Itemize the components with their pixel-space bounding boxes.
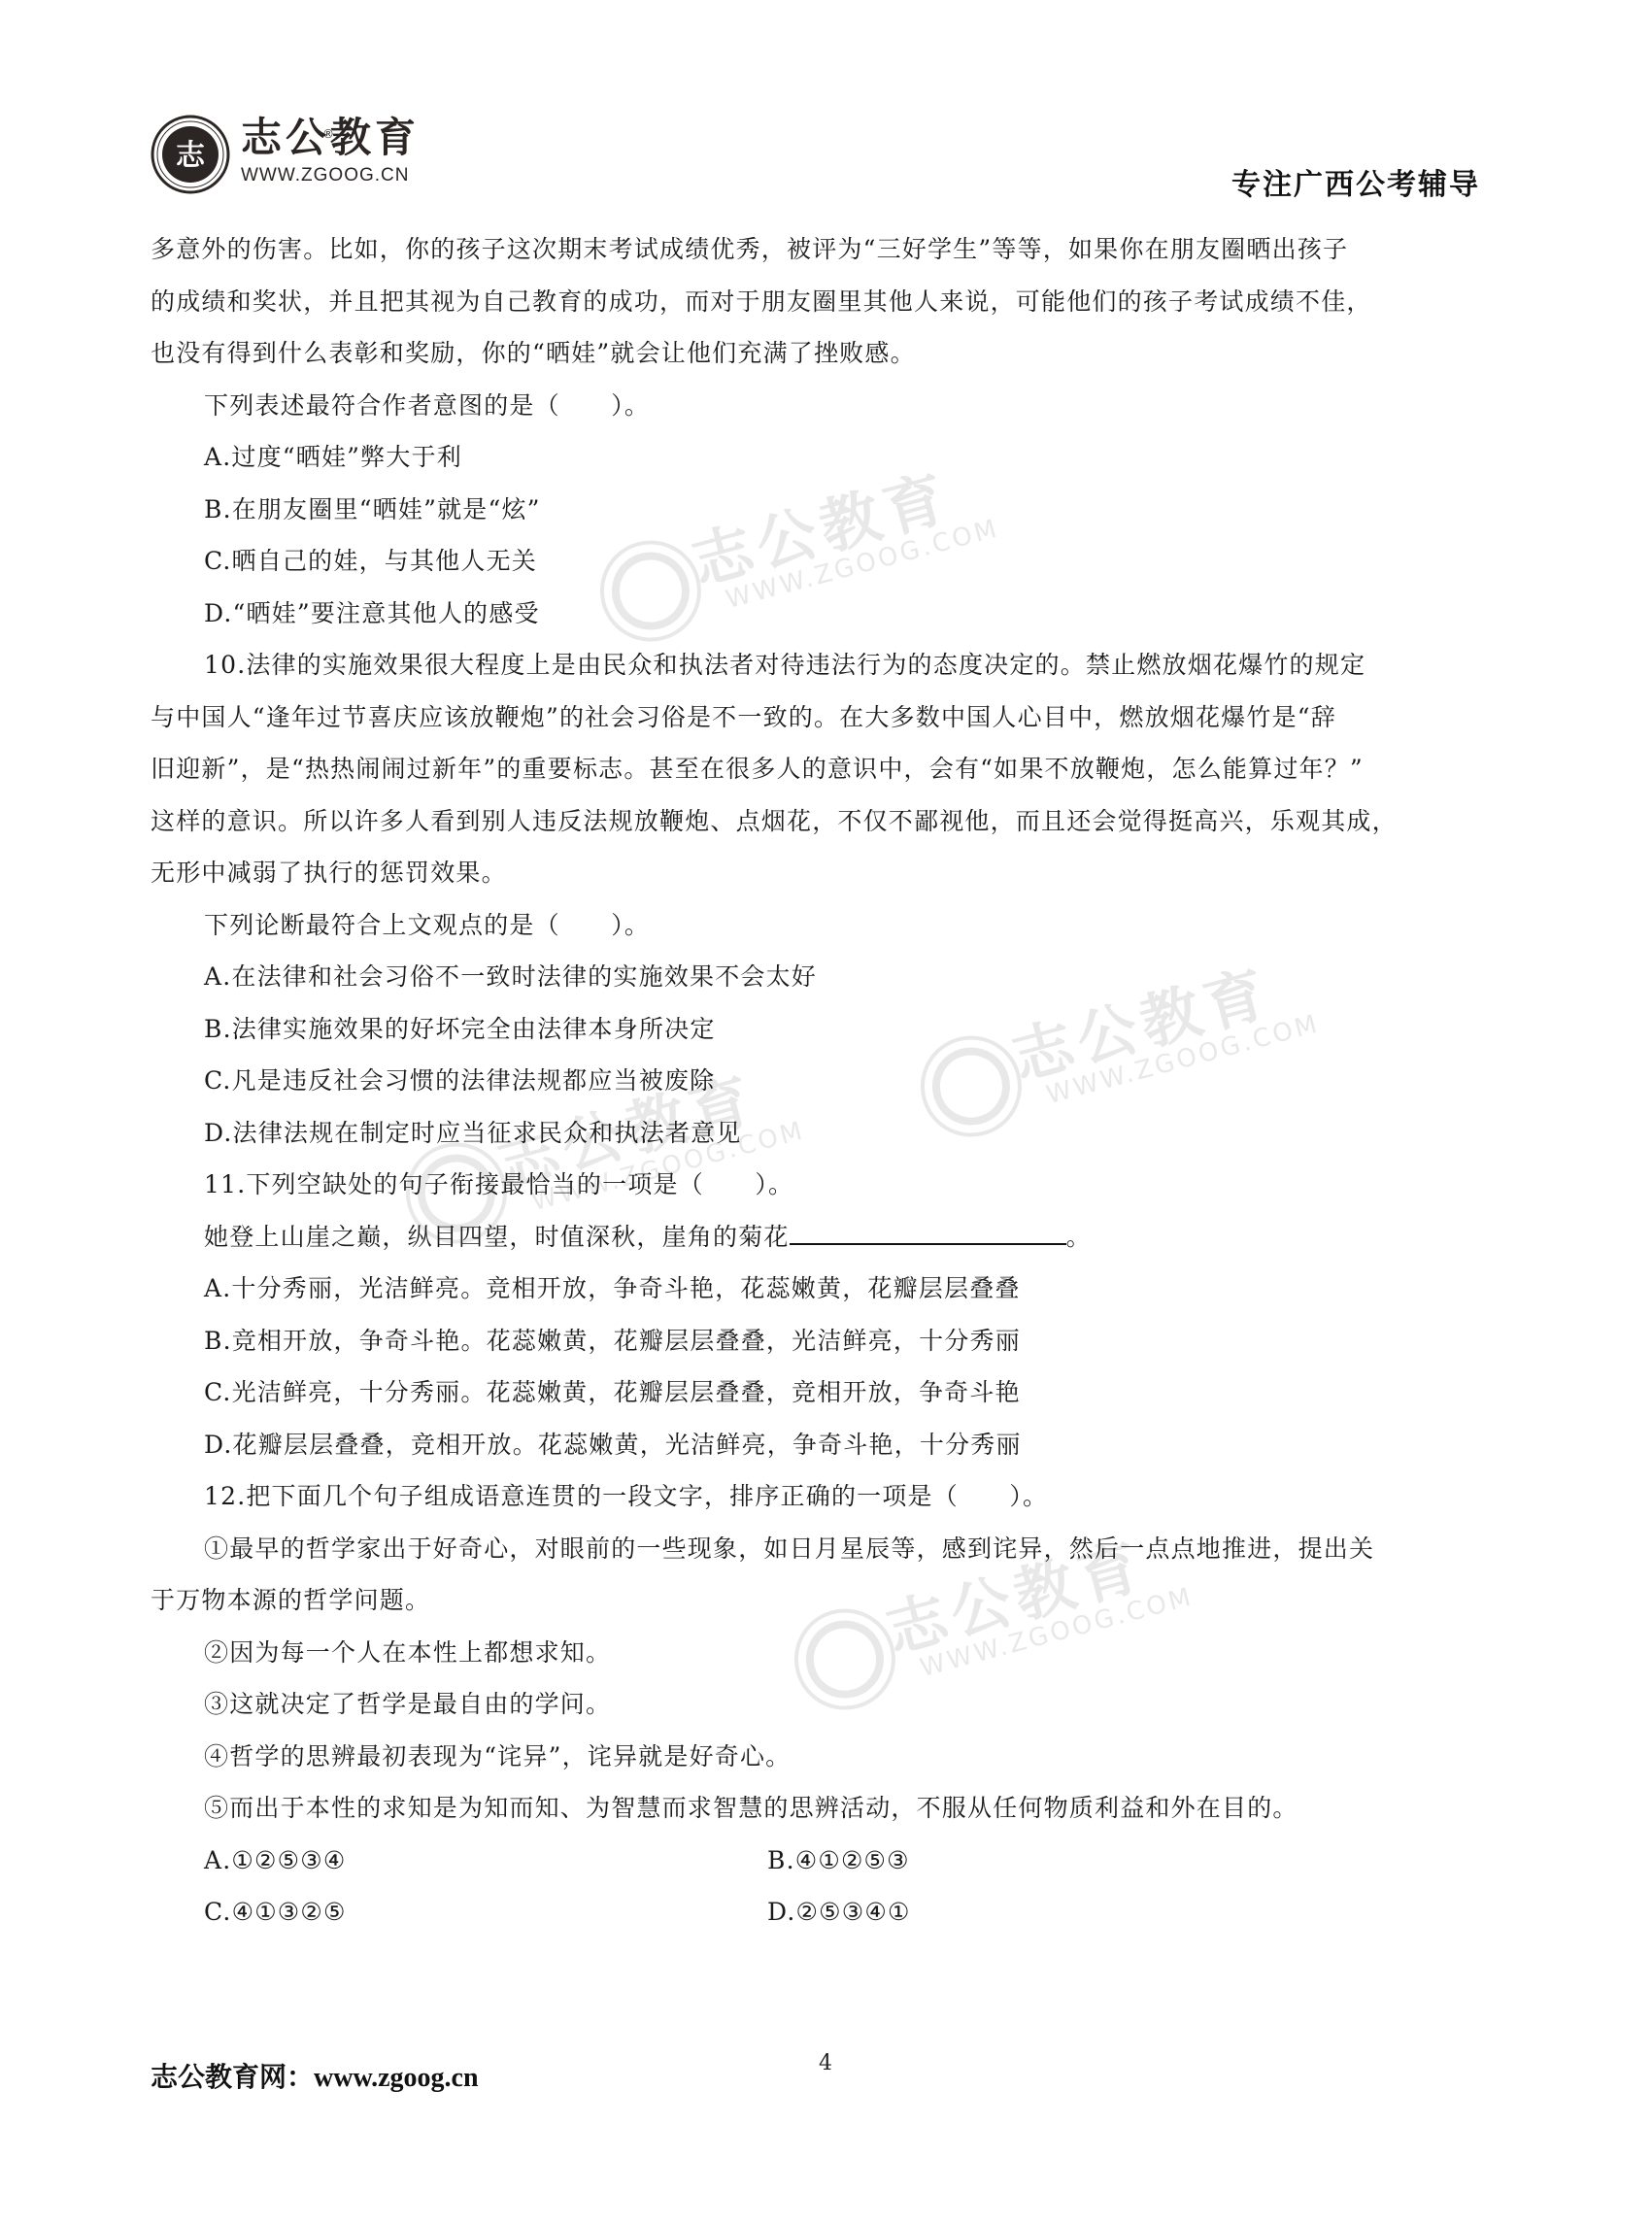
q12-sentence-4: ④哲学的思辨最初表现为“诧异”，诧异就是好奇心。: [151, 1731, 1505, 1783]
q12-options-row-1: A.①②⑤③④ B.④①②⑤③: [151, 1835, 1505, 1887]
q12-options-row-2: C.④①③②⑤ D.②⑤③④①: [151, 1886, 1505, 1938]
q11-option-b: B.竞相开放，争奇斗艳。花蕊嫩黄，花瓣层层叠叠，光洁鲜亮，十分秀丽: [151, 1315, 1505, 1367]
q12-sentence-1-cont: 于万物本源的哲学问题。: [151, 1574, 1505, 1627]
page-content: 多意外的伤害。比如，你的孩子这次期末考试成绩优秀，被评为“三好学生”等等，如果你…: [151, 223, 1505, 1938]
q9-option-b: B.在朋友圈里“晒娃”就是“炫”: [151, 484, 1505, 536]
q10-passage-line: 无形中减弱了执行的惩罚效果。: [151, 847, 1505, 899]
q9-prompt: 下列表述最符合作者意图的是（ ）。: [151, 380, 1505, 432]
footer-site-url[interactable]: www.zgoog.cn: [314, 2063, 479, 2093]
q10-passage-line: 这样的意识。所以许多人看到别人违反法规放鞭炮、点烟花，不仅不鄙视他，而且还会觉得…: [151, 795, 1505, 848]
q11-option-a: A.十分秀丽，光洁鲜亮。竞相开放，争奇斗艳，花蕊嫩黄，花瓣层层叠叠: [151, 1263, 1505, 1315]
q12-option-b: B.④①②⑤③: [767, 1835, 1331, 1887]
brand-name: 志公教育 ®: [241, 115, 420, 161]
passage-line: 也没有得到什么表彰和奖励，你的“晒娃”就会让他们充满了挫败感。: [151, 327, 1505, 380]
footer-site-label: 志公教育网：: [151, 2061, 314, 2093]
q12-option-c: C.④①③②⑤: [204, 1886, 767, 1938]
q12-sentence-3: ③这就决定了哲学是最自由的学问。: [151, 1678, 1505, 1731]
q11-sentence-before: 她登上山崖之巅，纵目四望，时值深秋，崖角的菊花: [204, 1223, 790, 1251]
q11-option-d: D.花瓣层层叠叠，竞相开放。花蕊嫩黄，光洁鲜亮，争奇斗艳，十分秀丽: [151, 1419, 1505, 1471]
page-number: 4: [819, 2051, 832, 2075]
passage-line: 多意外的伤害。比如，你的孩子这次期末考试成绩优秀，被评为“三好学生”等等，如果你…: [151, 223, 1505, 276]
q10-option-b: B.法律实施效果的好坏完全由法律本身所决定: [151, 1003, 1505, 1056]
brand-block: 志公教育 ® WWW.ZGOOG.CN: [241, 115, 420, 186]
q10-option-a: A.在法律和社会习俗不一致时法律的实施效果不会太好: [151, 951, 1505, 1003]
q11-sentence: 她登上山崖之巅，纵目四望，时值深秋，崖角的菊花。: [151, 1211, 1505, 1264]
q10-passage-line: 10.法律的实施效果很大程度上是由民众和执法者对待违法行为的态度决定的。禁止燃放…: [151, 639, 1505, 691]
q12-sentence-1: ①最早的哲学家出于好奇心，对眼前的一些现象，如日月星辰等，感到诧异，然后一点点地…: [151, 1523, 1505, 1575]
q9-option-a: A.过度“晒娃”弊大于利: [151, 431, 1505, 484]
q12-option-d: D.②⑤③④①: [767, 1886, 1331, 1938]
page-header: 志 志公教育 ® WWW.ZGOOG.CN 专注广西公考辅导: [0, 0, 1652, 214]
footer-site: 志公教育网：www.zgoog.cn: [151, 2056, 479, 2095]
header-tagline: 专注广西公考辅导: [1231, 160, 1480, 203]
q9-option-d: D.“晒娃”要注意其他人的感受: [151, 588, 1505, 640]
q9-option-c: C.晒自己的娃，与其他人无关: [151, 535, 1505, 588]
q12-prompt: 12.把下面几个句子组成语意连贯的一段文字，排序正确的一项是（ ）。: [151, 1470, 1505, 1523]
q11-prompt: 11.下列空缺处的句子衔接最恰当的一项是（ ）。: [151, 1159, 1505, 1211]
q12-sentence-2: ②因为每一个人在本性上都想求知。: [151, 1627, 1505, 1679]
q10-option-d: D.法律法规在制定时应当征求民众和执法者意见: [151, 1107, 1505, 1160]
q12-sentence-5: ⑤而出于本性的求知是为知而知、为智慧而求智慧的思辨活动，不服从任何物质利益和外在…: [151, 1782, 1505, 1835]
registered-mark: ®: [322, 111, 338, 157]
q11-sentence-after: 。: [1066, 1223, 1092, 1251]
q10-prompt: 下列论断最符合上文观点的是（ ）。: [151, 899, 1505, 952]
q10-passage-line: 旧迎新”，是“热热闹闹过新年”的重要标志。甚至在很多人的意识中，会有“如果不放鞭…: [151, 743, 1505, 795]
logo-seal-icon: 志: [151, 115, 230, 194]
q10-option-c: C.凡是违反社会习惯的法律法规都应当被废除: [151, 1055, 1505, 1107]
svg-text:志: 志: [176, 139, 206, 173]
brand-url: WWW.ZGOOG.CN: [241, 165, 420, 186]
fill-in-blank: [790, 1222, 1066, 1245]
q10-passage-line: 与中国人“逢年过节喜庆应该放鞭炮”的社会习俗是不一致的。在大多数中国人心目中，燃…: [151, 691, 1505, 744]
passage-line: 的成绩和奖状，并且把其视为自己教育的成功，而对于朋友圈里其他人来说，可能他们的孩…: [151, 276, 1505, 328]
q11-option-c: C.光洁鲜亮，十分秀丽。花蕊嫩黄，花瓣层层叠叠，竞相开放，争奇斗艳: [151, 1366, 1505, 1419]
q12-option-a: A.①②⑤③④: [204, 1835, 767, 1887]
